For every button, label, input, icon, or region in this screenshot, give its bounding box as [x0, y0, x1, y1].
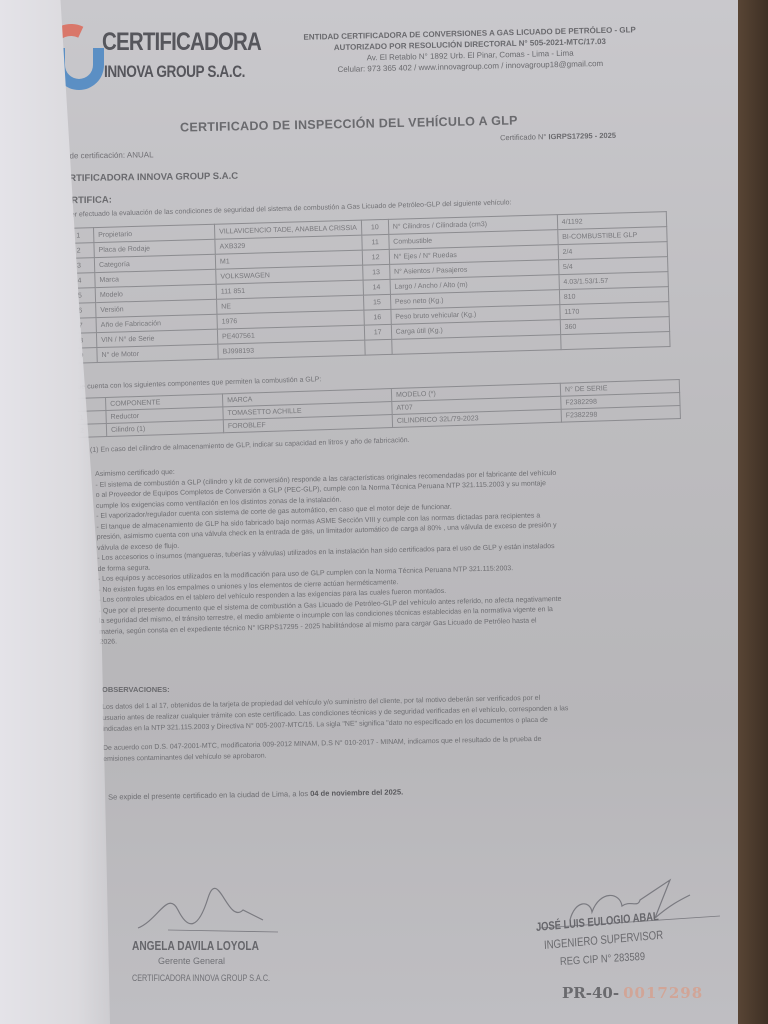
table-cell: N° de Motor — [97, 344, 218, 362]
certificate-sheet: CERTIFICADORA INNOVA GROUP S.A.C. ENTIDA… — [0, 0, 738, 1024]
form-serial-prefix: PR-40- — [562, 984, 619, 1002]
observations-section: Los datos del 1 al 17, obtenidos de la t… — [102, 690, 673, 765]
table-cell: 13 — [362, 264, 389, 280]
table-cell: F2382298 — [561, 405, 680, 422]
table-cell: 11 — [362, 234, 389, 250]
signature-left: ANGELA DAVILA LOYOLA Gerente General CER… — [128, 880, 288, 1000]
form-serial-number: 0017298 — [623, 984, 703, 1002]
table-cell: Cilindro (1) — [106, 420, 223, 437]
issue-date-value: 04 de noviembre del 2025. — [310, 787, 403, 798]
brand-name: CERTIFICADORA — [102, 28, 261, 57]
supervisor-registration: REG CIP N° 283589 — [560, 951, 646, 968]
handwritten-signature-icon — [128, 880, 288, 940]
table-cell: 14 — [363, 279, 390, 295]
table-cell — [364, 339, 391, 355]
table-cell: BJ998193 — [218, 340, 365, 359]
table-cell: 12 — [362, 249, 389, 265]
components-note: (1) En caso del cilindro de almacenamien… — [90, 437, 410, 454]
table-cell: 15 — [363, 294, 390, 310]
certificate-number-value: IGRPS17295 - 2025 — [548, 131, 616, 141]
company-name: CERTIFICADORA INNOVA GROUP S.A.C — [56, 171, 238, 185]
signer-role: Gerente General — [158, 956, 225, 966]
entity-header: ENTIDAD CERTIFICADORA DE CONVERSIONES A … — [270, 23, 671, 76]
document-title: CERTIFICADO DE INSPECCIÓN DEL VEHÍCULO A… — [180, 113, 518, 134]
vehicle-data-table: 1PropietarioVILLAVICENCIO TADE, ANABELA … — [62, 211, 670, 364]
observations-heading: OBSERVACIONES: — [102, 685, 170, 694]
form-serial: PR-40-0017298 — [562, 984, 703, 1002]
issue-date-prefix: Se expide el presente certificado en la … — [108, 789, 308, 801]
table-cell: 10 — [361, 219, 388, 235]
brand-subtitle: INNOVA GROUP S.A.C. — [104, 62, 245, 82]
issue-date: Se expide el presente certificado en la … — [108, 787, 403, 801]
table-cell: 17 — [364, 324, 391, 340]
signer-company: CERTIFICADORA INNOVA GROUP S.A.C. — [132, 973, 270, 983]
table-cell: 16 — [364, 309, 391, 325]
desk-background — [736, 0, 768, 1024]
table-cell — [560, 332, 669, 350]
findings-section: Asimismo certificado que: - El sistema d… — [95, 455, 679, 649]
signer-name: ANGELA DAVILA LOYOLA — [132, 938, 259, 953]
certificate-number-label: Certificado N° — [500, 132, 547, 142]
certificate-number: Certificado N° IGRPS17295 - 2025 — [500, 131, 616, 142]
components-intro: Que cuenta con los siguientes componente… — [72, 376, 322, 391]
